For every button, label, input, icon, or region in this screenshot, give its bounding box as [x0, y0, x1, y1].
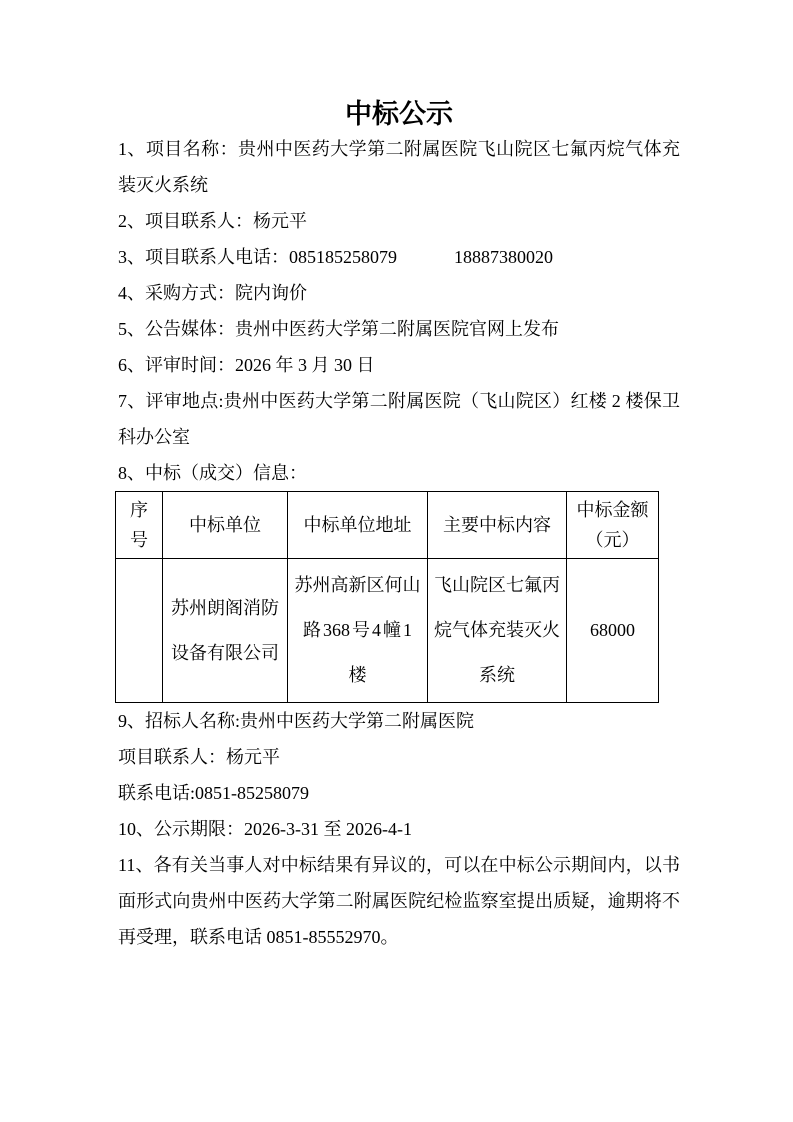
page-title: 中标公示 — [118, 97, 680, 131]
item-project-name: 1、项目名称：贵州中医药大学第二附属医院飞山院区七氟丙烷气体充装灭火系统 — [118, 131, 680, 203]
cell-seq-no — [116, 559, 163, 703]
item-review-time: 6、评审时间：2026 年 3 月 30 日 — [118, 347, 680, 383]
item-contact-phones: 3、项目联系人电话：08518525807918887380020 — [118, 239, 680, 275]
item-award-info-heading: 8、中标（成交）信息： — [118, 455, 680, 491]
item-tenderer-phone: 联系电话:0851-85258079 — [118, 775, 680, 811]
item-tenderer-name: 9、招标人名称:贵州中医药大学第二附属医院 — [118, 703, 680, 739]
cell-winning-company: 苏州朗阁消防设备有限公司 — [163, 559, 288, 703]
cell-award-content: 飞山院区七氟丙烷气体充装灭火系统 — [428, 559, 567, 703]
award-table: 序号 中标单位 中标单位地址 主要中标内容 中标金额（元） 苏州朗阁消防设备有限… — [115, 491, 659, 703]
header-award-content: 主要中标内容 — [428, 492, 567, 559]
item-review-location: 7、评审地点:贵州中医药大学第二附属医院（飞山院区）红楼 2 楼保卫科办公室 — [118, 383, 680, 455]
header-company-address: 中标单位地址 — [288, 492, 428, 559]
document-page: 中标公示 1、项目名称：贵州中医药大学第二附属医院飞山院区七氟丙烷气体充装灭火系… — [0, 0, 793, 1122]
item-project-contact: 2、项目联系人：杨元平 — [118, 203, 680, 239]
cell-company-address: 苏州高新区何山路 368 号 4 幢 1 楼 — [288, 559, 428, 703]
item-tenderer-contact: 项目联系人：杨元平 — [118, 739, 680, 775]
item-announcement-media: 5、公告媒体：贵州中医药大学第二附属医院官网上发布 — [118, 311, 680, 347]
award-table-header-row: 序号 中标单位 中标单位地址 主要中标内容 中标金额（元） — [116, 492, 659, 559]
contact-phone-1: 3、项目联系人电话：085185258079 — [118, 247, 397, 267]
header-winning-company: 中标单位 — [163, 492, 288, 559]
item-objection-notice: 11、各有关当事人对中标结果有异议的，可以在中标公示期间内，以书面形式向贵州中医… — [118, 847, 680, 955]
header-award-amount: 中标金额（元） — [567, 492, 659, 559]
award-table-row: 苏州朗阁消防设备有限公司 苏州高新区何山路 368 号 4 幢 1 楼 飞山院区… — [116, 559, 659, 703]
item-publicity-period: 10、公示期限：2026-3-31 至 2026-4-1 — [118, 811, 680, 847]
cell-award-amount: 68000 — [567, 559, 659, 703]
item-procurement-method: 4、采购方式：院内询价 — [118, 275, 680, 311]
contact-phone-2: 18887380020 — [454, 247, 553, 267]
header-seq-no: 序号 — [116, 492, 163, 559]
